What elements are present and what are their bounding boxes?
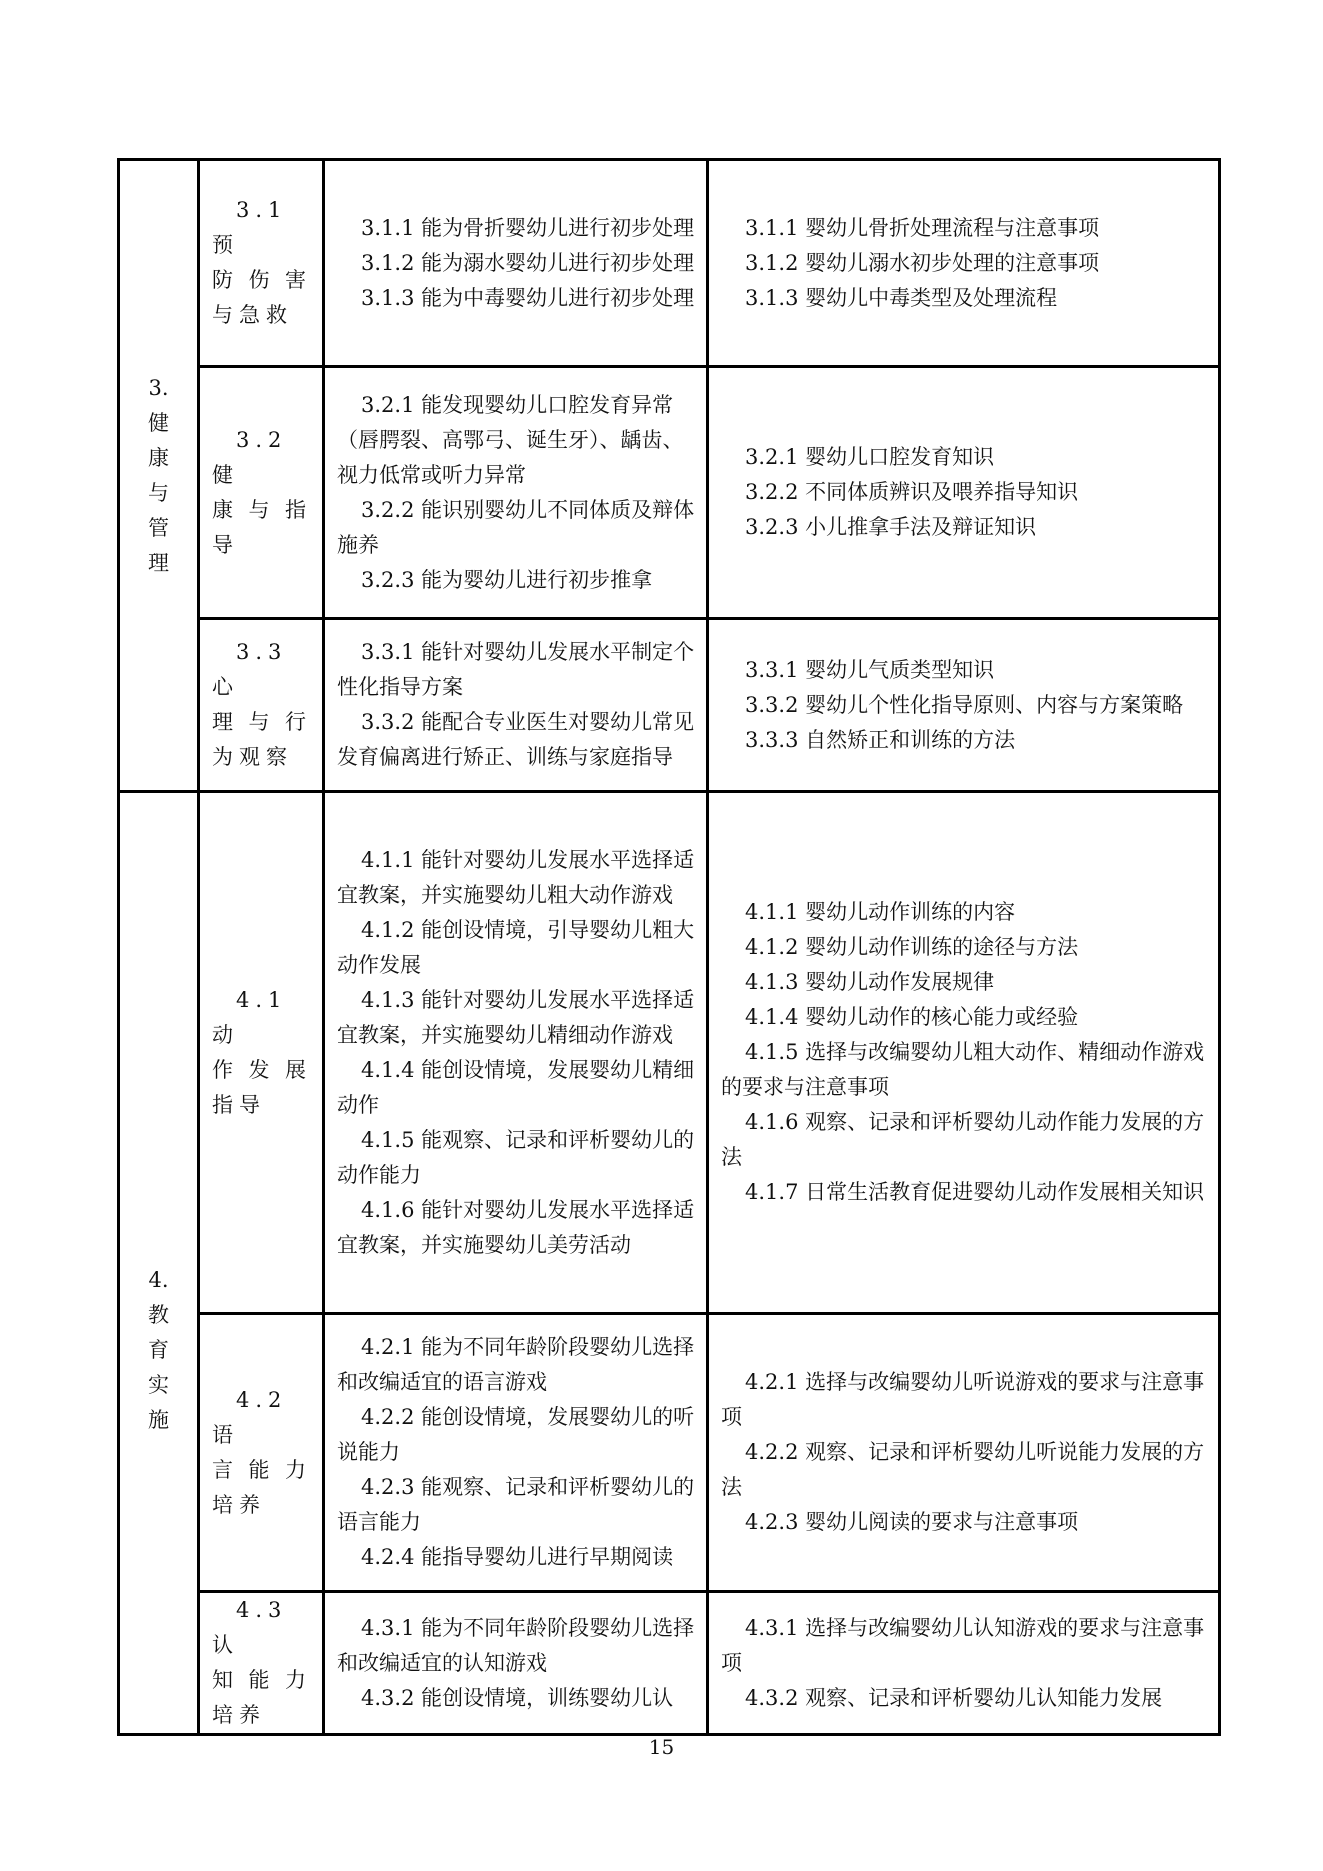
skill-item: 3.3.1 能针对婴幼儿发展水平制定个性化指导方案 xyxy=(337,635,696,705)
subcategory-title-rest: 康与指导 xyxy=(212,498,312,557)
skill-item: 4.1.5 能观察、记录和评析婴幼儿的动作能力 xyxy=(337,1123,696,1193)
knowledge-item: 3.3.1 婴幼儿气质类型知识 xyxy=(721,653,1208,688)
category-char: 康 xyxy=(120,441,197,476)
subcategory-cell: 4.3 认知能力培养 xyxy=(199,1592,324,1735)
skill-item: 4.1.3 能针对婴幼儿发展水平选择适宜教案，并实施婴幼儿精细动作游戏 xyxy=(337,983,696,1053)
knowledge-item: 4.1.3 婴幼儿动作发展规律 xyxy=(721,965,1208,1000)
skill-requirements-cell: 3.2.1 能发现婴幼儿口腔发育异常（唇腭裂、高鄂弓、诞生牙）、龋齿、视力低常或… xyxy=(324,367,708,619)
category-char: 育 xyxy=(120,1333,197,1368)
category-char: 管 xyxy=(120,511,197,546)
knowledge-item: 3.2.3 小儿推拿手法及辩证知识 xyxy=(721,510,1208,545)
skill-requirements-cell: 3.1.1 能为骨折婴幼儿进行初步处理 3.1.2 能为溺水婴幼儿进行初步处理 … xyxy=(324,160,708,367)
subcategory-title-rest: 言能力培养 xyxy=(212,1458,312,1517)
subcategory-title-rest: 防伤害与急救 xyxy=(212,268,312,327)
skill-item: 4.1.6 能针对婴幼儿发展水平选择适宜教案，并实施婴幼儿美劳活动 xyxy=(337,1193,696,1263)
category-char: 施 xyxy=(120,1403,197,1438)
subcategory-title: 4.3 认 xyxy=(212,1593,312,1663)
subcategory-cell: 3.3 心理与行为观察 xyxy=(199,619,324,792)
page-number: 15 xyxy=(0,1735,1323,1759)
vocational-standard-table: 3. 健 康 与 管 理 3.1 预防伤害与急救 3.1.1 能为骨折婴幼儿进行… xyxy=(117,158,1221,1736)
skill-item: 3.1.2 能为溺水婴幼儿进行初步处理 xyxy=(337,246,696,281)
knowledge-requirements-cell: 3.3.1 婴幼儿气质类型知识 3.3.2 婴幼儿个性化指导原则、内容与方案策略… xyxy=(708,619,1220,792)
skill-item: 3.3.2 能配合专业医生对婴幼儿常见发育偏离进行矫正、训练与家庭指导 xyxy=(337,705,696,775)
subcategory-cell: 3.2 健康与指导 xyxy=(199,367,324,619)
skill-item: 4.3.2 能创设情境，训练婴幼儿认 xyxy=(337,1681,696,1716)
knowledge-item: 3.2.1 婴幼儿口腔发育知识 xyxy=(721,440,1208,475)
category-number: 3. xyxy=(120,371,197,406)
knowledge-requirements-cell: 3.1.1 婴幼儿骨折处理流程与注意事项 3.1.2 婴幼儿溺水初步处理的注意事… xyxy=(708,160,1220,367)
subcategory-title-rest: 作发展指导 xyxy=(212,1058,312,1117)
skill-item: 4.2.4 能指导婴幼儿进行早期阅读 xyxy=(337,1540,696,1575)
skill-item: 4.1.1 能针对婴幼儿发展水平选择适宜教案，并实施婴幼儿粗大动作游戏 xyxy=(337,843,696,913)
knowledge-item: 3.3.3 自然矫正和训练的方法 xyxy=(721,723,1208,758)
knowledge-item: 4.1.7 日常生活教育促进婴幼儿动作发展相关知识 xyxy=(721,1175,1208,1210)
knowledge-item: 3.3.2 婴幼儿个性化指导原则、内容与方案策略 xyxy=(721,688,1208,723)
skill-item: 4.2.3 能观察、记录和评析婴幼儿的语言能力 xyxy=(337,1470,696,1540)
skill-requirements-cell: 4.3.1 能为不同年龄阶段婴幼儿选择和改编适宜的认知游戏 4.3.2 能创设情… xyxy=(324,1592,708,1735)
knowledge-item: 3.1.1 婴幼儿骨折处理流程与注意事项 xyxy=(721,211,1208,246)
category-char: 实 xyxy=(120,1368,197,1403)
table-row: 4. 教 育 实 施 4.1 动作发展指导 4.1.1 能针对婴幼儿发展水平选择… xyxy=(119,792,1220,1314)
category-char: 理 xyxy=(120,546,197,581)
knowledge-item: 4.1.4 婴幼儿动作的核心能力或经验 xyxy=(721,1000,1208,1035)
knowledge-item: 4.2.3 婴幼儿阅读的要求与注意事项 xyxy=(721,1505,1208,1540)
skill-item: 4.2.2 能创设情境，发展婴幼儿的听说能力 xyxy=(337,1400,696,1470)
table-row: 3.2 健康与指导 3.2.1 能发现婴幼儿口腔发育异常（唇腭裂、高鄂弓、诞生牙… xyxy=(119,367,1220,619)
category-char: 健 xyxy=(120,406,197,441)
subcategory-title: 3.1 预 xyxy=(212,193,312,263)
subcategory-title-rest: 理与行为观察 xyxy=(212,710,312,769)
subcategory-title: 3.2 健 xyxy=(212,423,312,493)
knowledge-requirements-cell: 4.1.1 婴幼儿动作训练的内容 4.1.2 婴幼儿动作训练的途径与方法 4.1… xyxy=(708,792,1220,1314)
knowledge-item: 3.1.3 婴幼儿中毒类型及处理流程 xyxy=(721,281,1208,316)
subcategory-cell: 3.1 预防伤害与急救 xyxy=(199,160,324,367)
skill-item: 4.3.1 能为不同年龄阶段婴幼儿选择和改编适宜的认知游戏 xyxy=(337,1611,696,1681)
knowledge-item: 3.1.2 婴幼儿溺水初步处理的注意事项 xyxy=(721,246,1208,281)
skill-item: 3.1.3 能为中毒婴幼儿进行初步处理 xyxy=(337,281,696,316)
skill-requirements-cell: 4.2.1 能为不同年龄阶段婴幼儿选择和改编适宜的语言游戏 4.2.2 能创设情… xyxy=(324,1314,708,1592)
skill-requirements-cell: 4.1.1 能针对婴幼儿发展水平选择适宜教案，并实施婴幼儿粗大动作游戏 4.1.… xyxy=(324,792,708,1314)
category-cell: 4. 教 育 实 施 xyxy=(119,792,199,1735)
table-row: 4.2 语言能力培养 4.2.1 能为不同年龄阶段婴幼儿选择和改编适宜的语言游戏… xyxy=(119,1314,1220,1592)
subcategory-title: 4.2 语 xyxy=(212,1383,312,1453)
skill-item: 3.2.1 能发现婴幼儿口腔发育异常（唇腭裂、高鄂弓、诞生牙）、龋齿、视力低常或… xyxy=(337,388,696,493)
subcategory-cell: 4.1 动作发展指导 xyxy=(199,792,324,1314)
skill-item: 4.1.4 能创设情境，发展婴幼儿精细动作 xyxy=(337,1053,696,1123)
subcategory-title: 4.1 动 xyxy=(212,983,312,1053)
knowledge-item: 4.1.1 婴幼儿动作训练的内容 xyxy=(721,895,1208,930)
skill-item: 4.2.1 能为不同年龄阶段婴幼儿选择和改编适宜的语言游戏 xyxy=(337,1330,696,1400)
table-row: 4.3 认知能力培养 4.3.1 能为不同年龄阶段婴幼儿选择和改编适宜的认知游戏… xyxy=(119,1592,1220,1735)
knowledge-item: 3.2.2 不同体质辨识及喂养指导知识 xyxy=(721,475,1208,510)
knowledge-requirements-cell: 4.3.1 选择与改编婴幼儿认知游戏的要求与注意事项 4.3.2 观察、记录和评… xyxy=(708,1592,1220,1735)
subcategory-title-rest: 知能力培养 xyxy=(212,1668,312,1727)
category-number: 4. xyxy=(120,1263,197,1298)
skill-item: 3.2.2 能识别婴幼儿不同体质及辩体施养 xyxy=(337,493,696,563)
knowledge-requirements-cell: 4.2.1 选择与改编婴幼儿听说游戏的要求与注意事项 4.2.2 观察、记录和评… xyxy=(708,1314,1220,1592)
skill-requirements-cell: 3.3.1 能针对婴幼儿发展水平制定个性化指导方案 3.3.2 能配合专业医生对… xyxy=(324,619,708,792)
skill-item: 3.2.3 能为婴幼儿进行初步推拿 xyxy=(337,563,696,598)
category-cell: 3. 健 康 与 管 理 xyxy=(119,160,199,792)
skill-item: 4.1.2 能创设情境，引导婴幼儿粗大动作发展 xyxy=(337,913,696,983)
knowledge-item: 4.1.5 选择与改编婴幼儿粗大动作、精细动作游戏的要求与注意事项 xyxy=(721,1035,1208,1105)
subcategory-cell: 4.2 语言能力培养 xyxy=(199,1314,324,1592)
knowledge-item: 4.2.2 观察、记录和评析婴幼儿听说能力发展的方法 xyxy=(721,1435,1208,1505)
knowledge-item: 4.3.1 选择与改编婴幼儿认知游戏的要求与注意事项 xyxy=(721,1611,1208,1681)
document-page: 3. 健 康 与 管 理 3.1 预防伤害与急救 3.1.1 能为骨折婴幼儿进行… xyxy=(0,0,1323,1871)
knowledge-item: 4.1.2 婴幼儿动作训练的途径与方法 xyxy=(721,930,1208,965)
skill-item: 3.1.1 能为骨折婴幼儿进行初步处理 xyxy=(337,211,696,246)
category-char: 与 xyxy=(120,476,197,511)
subcategory-title: 3.3 心 xyxy=(212,635,312,705)
knowledge-item: 4.2.1 选择与改编婴幼儿听说游戏的要求与注意事项 xyxy=(721,1365,1208,1435)
category-char: 教 xyxy=(120,1298,197,1333)
knowledge-requirements-cell: 3.2.1 婴幼儿口腔发育知识 3.2.2 不同体质辨识及喂养指导知识 3.2.… xyxy=(708,367,1220,619)
table-row: 3.3 心理与行为观察 3.3.1 能针对婴幼儿发展水平制定个性化指导方案 3.… xyxy=(119,619,1220,792)
knowledge-item: 4.1.6 观察、记录和评析婴幼儿动作能力发展的方法 xyxy=(721,1105,1208,1175)
table-row: 3. 健 康 与 管 理 3.1 预防伤害与急救 3.1.1 能为骨折婴幼儿进行… xyxy=(119,160,1220,367)
knowledge-item: 4.3.2 观察、记录和评析婴幼儿认知能力发展 xyxy=(721,1681,1208,1716)
